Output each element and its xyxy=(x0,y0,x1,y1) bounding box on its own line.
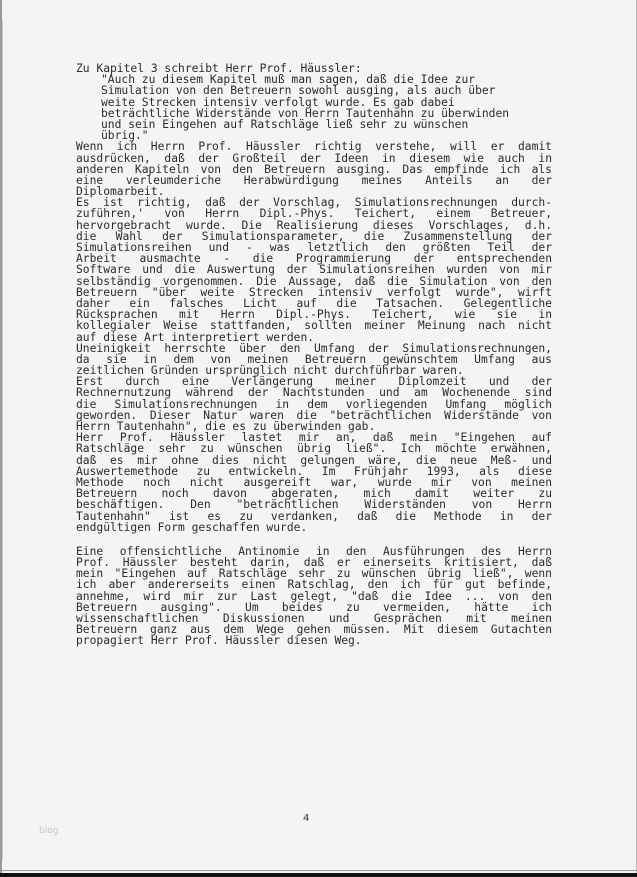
watermark: blog xyxy=(39,826,58,836)
paragraph-p3: Uneinigkeit herrschte über den Umfang de… xyxy=(76,343,552,377)
text-line: endgültigen Form geschaffen wurde. xyxy=(76,522,552,533)
paragraph-p1: Wenn ich Herrn Prof. Häussler richtig ve… xyxy=(76,141,552,197)
text-line: propagiert Herr Prof. Häussler diesen We… xyxy=(76,635,552,646)
paragraph-gap xyxy=(76,533,552,546)
document-body: Zu Kapitel 3 schreibt Herr Prof. Häussle… xyxy=(76,63,552,647)
text-line: Ratschläge sehr zu wünschen übrig ließ".… xyxy=(76,443,552,454)
text-line: Software und die Auswertung der Simulati… xyxy=(76,264,552,275)
text-line: Rechnernutzung während der Nachtstunden … xyxy=(76,387,552,398)
page-edge-bottom xyxy=(0,873,637,877)
text-line: Tautenhahn" ist es zu verdanken, daß die… xyxy=(76,511,552,522)
page-edge-bottom-line xyxy=(0,870,637,871)
page-edge-shadow xyxy=(2,20,3,860)
text-line: Wenn ich Herrn Prof. Häussler richtig ve… xyxy=(76,141,552,152)
paragraph-quote: "Auch zu diesem Kapitel muß man sagen, d… xyxy=(76,74,552,141)
paragraph-p2: Es ist richtig, daß der Vorschlag, Simul… xyxy=(76,197,552,342)
text-line: zuführen,' von Herrn Dipl.-Phys. Teicher… xyxy=(76,208,552,219)
text-line: Simulation von den Betreuern sowohl ausg… xyxy=(76,85,552,96)
paragraph-p6: Eine offensichtliche Antinomie in den Au… xyxy=(76,546,552,647)
text-line: ausdrücken, daß der Großteil der Ideen i… xyxy=(76,153,552,164)
paragraph-p5: Herr Prof. Häussler lastet mir an, daß m… xyxy=(76,432,552,533)
text-line: auf diese Art interpretiert werden. xyxy=(76,332,552,343)
paragraph-p4: Erst durch eine Verlängerung meiner Dipl… xyxy=(76,376,552,432)
page-number: 4 xyxy=(303,813,309,824)
text-line: kollegialer Weise stattfanden, sollten m… xyxy=(76,320,552,331)
text-line: ich aber andererseits einen Ratschlag, d… xyxy=(76,579,552,590)
text-line: beschäftigen. Den "beträchtlichen Widers… xyxy=(76,499,552,510)
